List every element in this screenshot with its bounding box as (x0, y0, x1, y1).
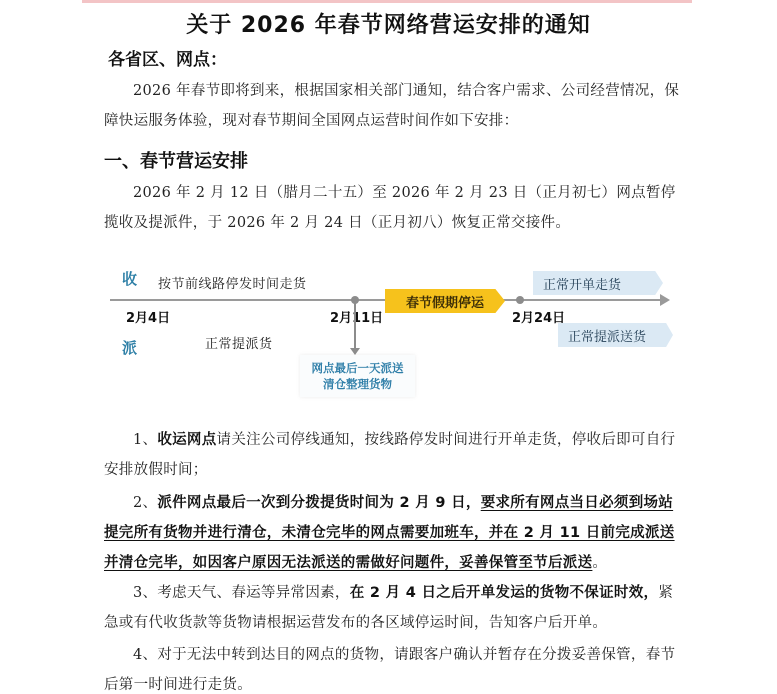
item-3-bold: 在 2 月 4 日之后开单发运的货物不保证时效， (350, 585, 659, 601)
item-4-number: 4、 (133, 647, 157, 663)
dispatch-before-text: 正常提派货 (205, 333, 273, 352)
item-2-bold: 派件网点最后一次到分拨提货时间为 2 月 9 日， (157, 495, 480, 511)
item-1: 1、收运网点请关注公司停线通知，按线路停发时间进行开单走货，停收后即可自行安排放… (104, 425, 684, 485)
down-arrow-icon (350, 348, 360, 355)
receive-after-text: 正常开单走货 (543, 274, 621, 293)
holiday-pause-banner: 春节假期停运 (385, 289, 505, 313)
item-2: 2、派件网点最后一次到分拨提货时间为 2 月 9 日，要求所有网点当日必须到场站… (104, 488, 684, 578)
lane-dispatch-label: 派 (122, 337, 137, 358)
item-1-number: 1、 (133, 432, 157, 448)
date-feb4: 2月4日 (126, 307, 170, 326)
document-title: 关于 2026 年春节网络营运安排的通知 (0, 8, 777, 39)
last-delivery-note: 网点最后一天派送 清仓整理货物 (300, 355, 415, 397)
item-2-end: 。 (592, 555, 607, 571)
connector-line (354, 303, 356, 349)
receive-before-text: 按节前线路停发时间走货 (158, 273, 307, 292)
schedule-paragraph: 2026 年 2 月 12 日（腊月二十五）至 2026 年 2 月 23 日（… (104, 178, 684, 238)
item-1-bold: 收运网点 (157, 432, 216, 448)
item-4-text: 对于无法中转到达目的网点的货物，请跟客户确认并暂存在分拨妥善保管，春节后第一时间… (104, 647, 675, 693)
top-border-line (82, 0, 692, 3)
timeline-diagram: 收 派 按节前线路停发时间走货 正常提派货 2月4日 2月11日 春节假期停运 … (100, 255, 680, 405)
dispatch-after-flag: 正常提派送货 (558, 323, 673, 347)
dispatch-after-text: 正常提派送货 (568, 326, 646, 345)
item-2-number: 2、 (133, 495, 157, 511)
date-feb24: 2月24日 (512, 307, 565, 326)
item-3: 3、考虑天气、春运等异常因素，在 2 月 4 日之后开单发运的货物不保证时效，紧… (104, 578, 684, 638)
salutation: 各省区、网点： (108, 45, 227, 70)
note-line-2: 清仓整理货物 (300, 376, 415, 392)
item-3-number: 3、 (133, 585, 157, 601)
note-line-1: 网点最后一天派送 (300, 360, 415, 376)
receive-after-flag: 正常开单走货 (533, 271, 663, 295)
date-feb11: 2月11日 (330, 307, 383, 326)
section-heading: 一、春节营运安排 (104, 147, 248, 173)
lane-receive-label: 收 (122, 268, 137, 289)
item-4: 4、对于无法中转到达目的网点的货物，请跟客户确认并暂存在分拨妥善保管，春节后第一… (104, 640, 684, 694)
marker-feb24 (516, 296, 524, 304)
intro-paragraph: 2026 年春节即将到来，根据国家相关部门通知，结合客户需求、公司经营情况，保障… (104, 76, 684, 136)
axis-arrow-icon (660, 294, 670, 306)
item-3-pre: 考虑天气、春运等异常因素， (157, 585, 349, 601)
